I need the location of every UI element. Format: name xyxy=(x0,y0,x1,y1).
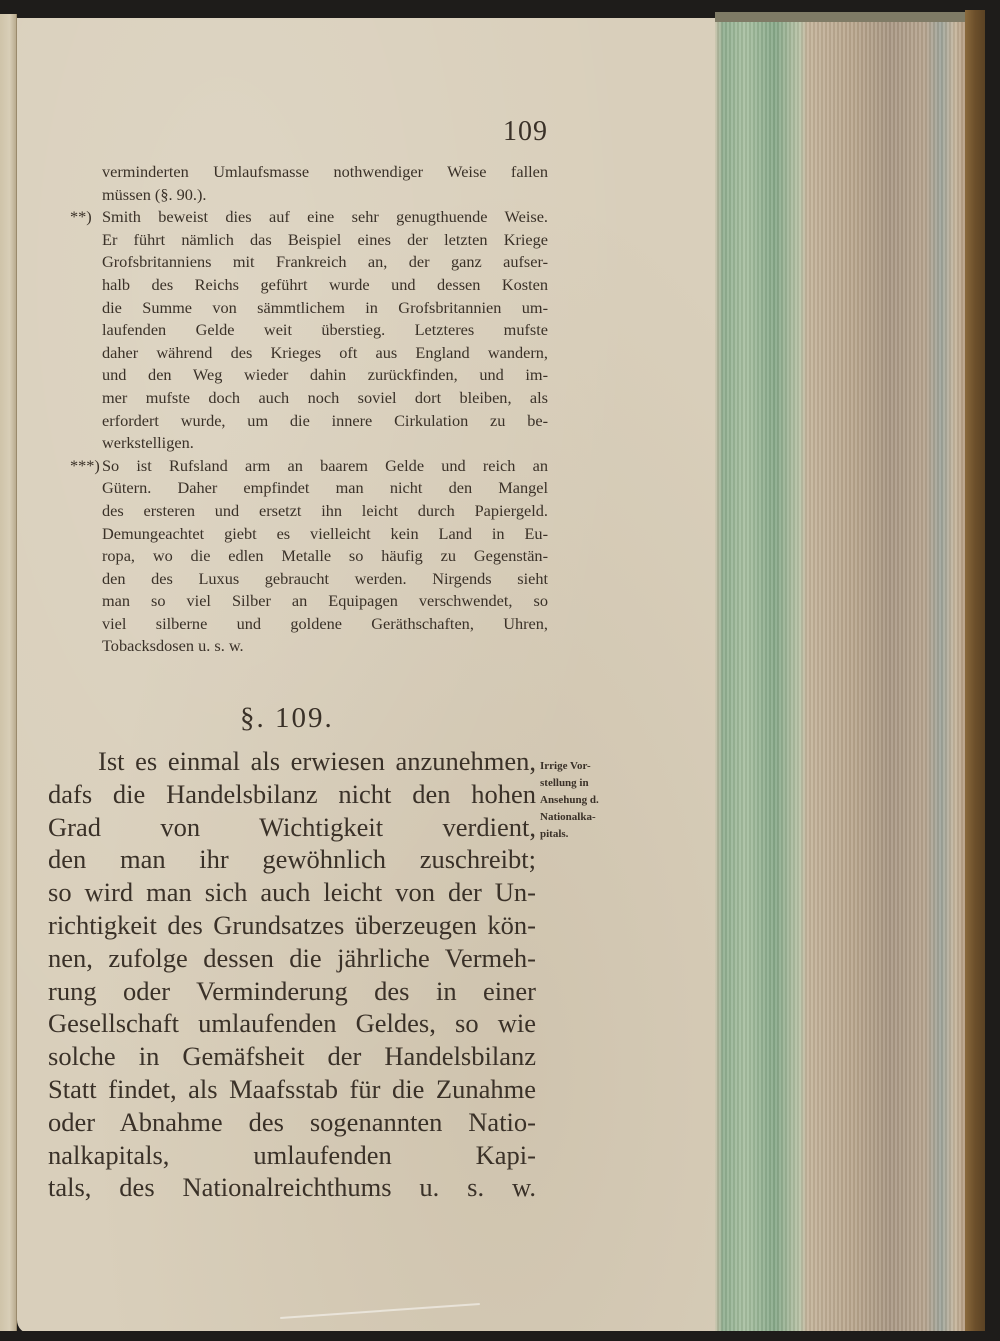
footnote-marker: ***) xyxy=(70,455,100,478)
footnote-line: Er führt nämlich das Beispiel eines der … xyxy=(70,229,548,252)
body-line: Grad von Wichtigkeit verdient, xyxy=(48,811,536,844)
body-line: nalkapitals, umlaufenden Kapi- xyxy=(48,1139,536,1172)
footnote-line: erfordert wurde, um die innere Cirkulati… xyxy=(70,410,548,433)
footnote-line: mer mufste doch auch noch soviel dort bl… xyxy=(70,387,548,410)
body-line: Ist es einmal als erwiesen anzunehmen, xyxy=(48,745,536,778)
page-number: 109 xyxy=(503,116,548,148)
body-line: Gesellschaft umlaufenden Geldes, so wie xyxy=(48,1007,536,1040)
body-line: solche in Gemäfsheit der Handelsbilanz xyxy=(48,1040,536,1073)
facing-page-edge xyxy=(0,14,17,1334)
page-block-fore-edge xyxy=(715,12,965,1341)
body-line: so wird man sich auch leicht von der Un- xyxy=(48,876,536,909)
footnotes: verminderten Umlaufsmasse nothwendiger W… xyxy=(70,161,548,658)
marginal-note-line: Irrige Vor- xyxy=(540,758,625,775)
marginal-note-line: stellung in xyxy=(540,775,625,792)
body-line: richtigkeit des Grundsatzes überzeugen k… xyxy=(48,909,536,942)
body-line: Statt findet, als Maafsstab für die Zuna… xyxy=(48,1073,536,1106)
footnote-line: Grofsbritanniens mit Frankreich an, der … xyxy=(70,251,548,274)
book-cover-edge xyxy=(965,10,985,1334)
footnote-line: Gütern. Daher empfindet man nicht den Ma… xyxy=(70,477,548,500)
footnote-line: ***)So ist Rufsland arm an baarem Gelde … xyxy=(70,455,548,478)
footnote-line: man so viel Silber an Equipagen verschwe… xyxy=(70,590,548,613)
footnote-line: daher während des Krieges oft aus Englan… xyxy=(70,342,548,365)
marginal-note-line: Nationalka- xyxy=(540,809,625,826)
body-line: dafs die Handelsbilanz nicht den hohen xyxy=(48,778,536,811)
marginal-note: Irrige Vor- stellung in Ansehung d. Nati… xyxy=(540,758,625,843)
background-shadow xyxy=(0,1331,1000,1341)
marginal-note-line: pitals. xyxy=(540,826,625,843)
body-line: nen, zufolge dessen die jährliche Vermeh… xyxy=(48,942,536,975)
footnote-line: ropa, wo die edlen Metalle so häufig zu … xyxy=(70,545,548,568)
footnote-line: die Summe von sämmtlichem in Grofsbritan… xyxy=(70,297,548,320)
footnote-line: laufenden Gelde weit überstieg. Letztere… xyxy=(70,319,548,342)
section-heading: §. 109. xyxy=(240,702,334,735)
body-line: den man ihr gewöhnlich zuschreibt; xyxy=(48,843,536,876)
footnote-line: müssen (§. 90.). xyxy=(70,184,548,207)
marginal-note-line: Ansehung d. xyxy=(540,792,625,809)
footnote-marker: **) xyxy=(70,206,100,229)
footnote-line: halb des Reichs geführt wurde und dessen… xyxy=(70,274,548,297)
footnote-line: des ersteren und ersetzt ihn leicht durc… xyxy=(70,500,548,523)
footnote-line: den des Luxus gebraucht werden. Nirgends… xyxy=(70,568,548,591)
body-paragraph: Ist es einmal als erwiesen anzunehmen, d… xyxy=(48,745,536,1204)
footnote-line: viel silberne und goldene Geräthschaften… xyxy=(70,613,548,636)
footnote-line: Tobacksdosen u. s. w. xyxy=(70,635,548,658)
footnote-line: **)Smith beweist dies auf eine sehr genu… xyxy=(70,206,548,229)
body-line: tals, des Nationalreichthums u. s. w. xyxy=(48,1171,536,1204)
body-line: oder Abnahme des sogenannten Natio- xyxy=(48,1106,536,1139)
footnote-line: werkstelligen. xyxy=(70,432,548,455)
footnote-line: verminderten Umlaufsmasse nothwendiger W… xyxy=(70,161,548,184)
footnote-line: und den Weg wieder dahin zurückfinden, u… xyxy=(70,364,548,387)
body-line: rung oder Verminderung des in einer xyxy=(48,975,536,1008)
footnote-line: Demungeachtet giebt es vielleicht kein L… xyxy=(70,523,548,546)
